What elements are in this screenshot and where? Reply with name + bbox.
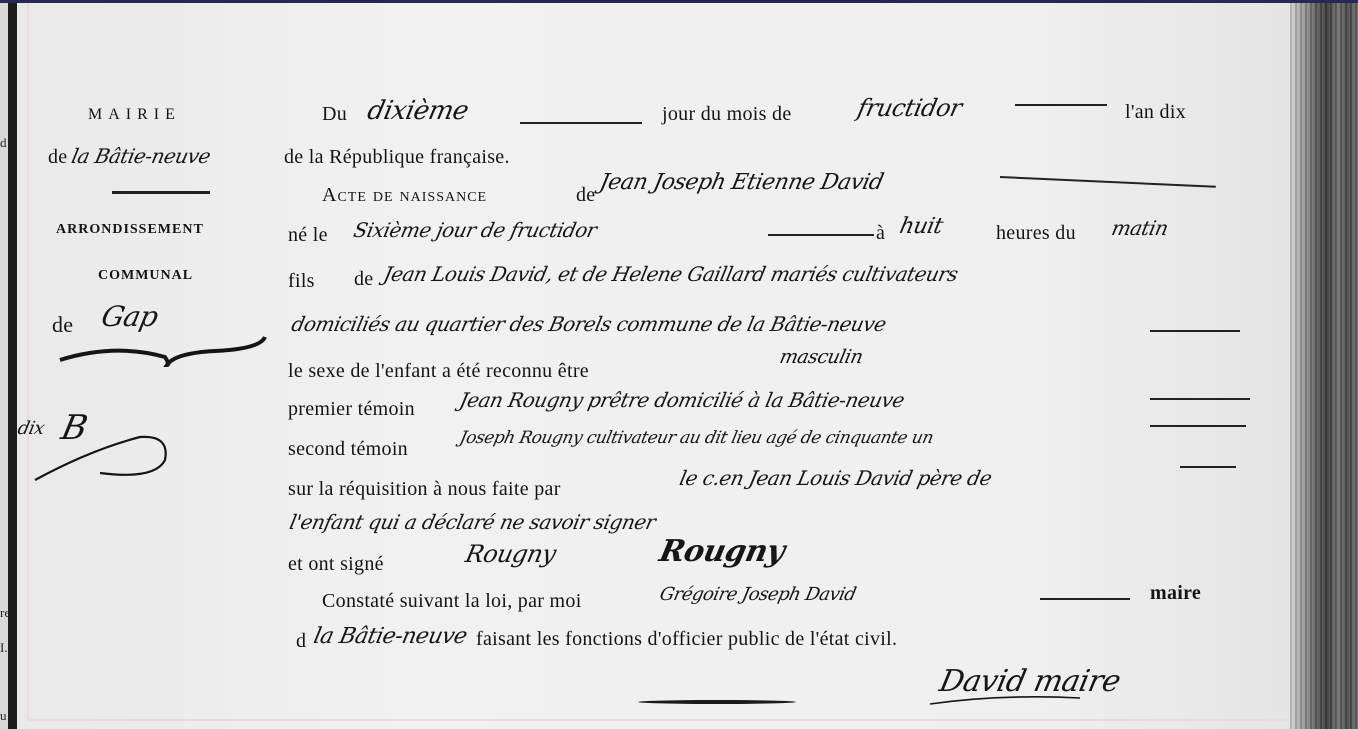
sexe-label: le sexe de l'enfant a été reconnu être bbox=[288, 360, 589, 383]
bleed-text: I. bbox=[0, 640, 8, 656]
communal-label: COMMUNAL bbox=[98, 268, 193, 284]
brace-flourish bbox=[55, 335, 275, 375]
fill-line bbox=[520, 122, 642, 124]
fill-line bbox=[1040, 598, 1130, 600]
a-label: à bbox=[876, 222, 885, 245]
fils-label: fils bbox=[288, 270, 315, 293]
requisition-label: sur la réquisition à nous faite par bbox=[288, 478, 561, 501]
declaration-handwritten: l'enfant qui a déclaré ne savoir signer bbox=[287, 510, 657, 534]
parents-handwritten: Jean Louis David, et de Helene Gaillard … bbox=[381, 262, 960, 286]
acte-de-naissance-label: Acte de naissance bbox=[322, 184, 487, 207]
commune-handwritten: la Bâtie-neuve bbox=[311, 624, 469, 649]
jour-du-mois-label: jour du mois de bbox=[662, 103, 792, 126]
premier-temoin-label: premier témoin bbox=[288, 398, 415, 421]
sex-handwritten: masculin bbox=[778, 346, 865, 368]
an-dix-label: l'an dix bbox=[1125, 101, 1186, 124]
birth-date-handwritten: Sixième jour de fructidor bbox=[351, 218, 598, 242]
closing-rule bbox=[638, 700, 796, 704]
left-dark-bar bbox=[8, 3, 17, 729]
fill-line bbox=[768, 234, 874, 236]
margin-divider bbox=[112, 191, 210, 194]
hour-handwritten: huit bbox=[897, 214, 945, 239]
constate-label: Constaté suivant la loi, par moi bbox=[322, 590, 582, 613]
book-spine bbox=[1290, 3, 1358, 729]
margin-commune-handwritten: la Bâtie-neuve bbox=[69, 144, 212, 168]
republique-label: de la République française. bbox=[284, 146, 510, 169]
witness1-signature: Rougny bbox=[463, 540, 558, 568]
ne-le-label: né le bbox=[288, 224, 328, 247]
fill-line bbox=[1015, 104, 1107, 106]
fill-line bbox=[1180, 466, 1236, 468]
month-handwritten: fructidor bbox=[855, 94, 964, 122]
domicile-handwritten: domiciliés au quartier des Borels commun… bbox=[289, 312, 888, 336]
bleed-text: d bbox=[0, 135, 7, 151]
second-temoin-label: second témoin bbox=[288, 438, 408, 461]
signature-flourish bbox=[920, 690, 1120, 720]
arrondissement-label: ARRONDISSEMENT bbox=[56, 222, 204, 238]
fill-line bbox=[1150, 425, 1246, 427]
fill-line bbox=[1150, 330, 1240, 332]
requester-handwritten: le c.en Jean Louis David père de bbox=[677, 466, 993, 490]
day-handwritten: dixième bbox=[365, 96, 471, 126]
child-name-handwritten: Jean Joseph Etienne David bbox=[597, 170, 885, 195]
du-label: Du bbox=[322, 103, 347, 126]
d-label: d bbox=[296, 630, 306, 653]
fill-line bbox=[1150, 398, 1250, 400]
fonctions-label: faisant les fonctions d'officier public … bbox=[476, 628, 897, 651]
margin-gap-handwritten: Gap bbox=[98, 300, 160, 333]
margin-de: de bbox=[48, 146, 67, 169]
time-of-day-handwritten: matin bbox=[1109, 216, 1170, 240]
heures-du-label: heures du bbox=[996, 222, 1076, 245]
ont-signe-label: et ont signé bbox=[288, 553, 384, 576]
mairie-label: MAIRIE bbox=[88, 106, 181, 124]
witness2-handwritten: Joseph Rougny cultivateur au dit lieu ag… bbox=[458, 428, 935, 448]
de-label: de bbox=[576, 184, 595, 207]
de-label: de bbox=[354, 268, 373, 291]
bleed-text: u bbox=[0, 708, 7, 724]
witness1-handwritten: Jean Rougny prêtre domicilié à la Bâtie-… bbox=[457, 388, 906, 412]
maire-label: maire bbox=[1150, 582, 1201, 605]
initial-flourish bbox=[30, 425, 180, 495]
witness2-signature: Rougny bbox=[656, 534, 787, 569]
mayor-name-handwritten: Grégoire Joseph David bbox=[658, 584, 858, 605]
